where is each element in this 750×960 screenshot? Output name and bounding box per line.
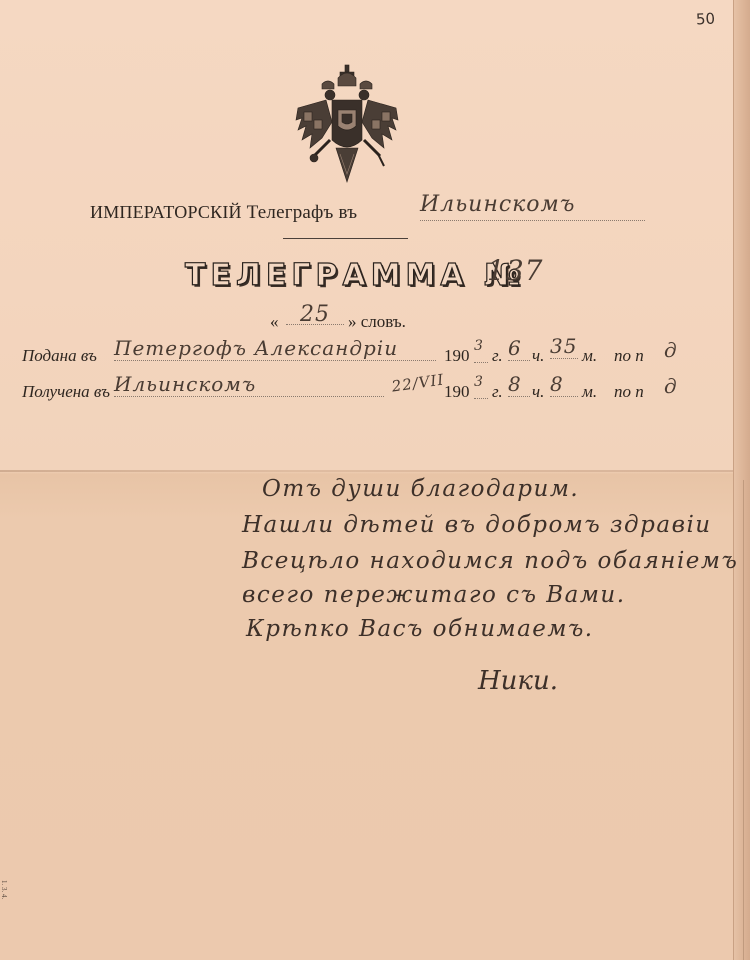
signature: Ники. — [478, 666, 558, 696]
hours-label: ч. — [532, 346, 544, 366]
open-quote: « — [270, 312, 279, 332]
message-line: Всецѣло находимся подъ обаяніемъ — [242, 548, 738, 574]
period-label: по п — [614, 382, 644, 402]
message-line: Отъ души благодарим. — [262, 476, 579, 502]
submitted-place: Петергофъ Александріи — [114, 336, 436, 361]
minutes-label: м. — [582, 346, 597, 366]
received-hours: 8 — [508, 372, 530, 397]
period-label: по п — [614, 346, 644, 366]
submitted-year-prefix: 190 — [444, 346, 470, 366]
received-year-prefix: 190 — [444, 382, 470, 402]
telegram-number: 137 — [487, 254, 543, 287]
submitted-minutes: 35 — [550, 334, 578, 359]
year-label: г. — [492, 346, 503, 366]
paper-edge — [733, 0, 750, 960]
hours-label: ч. — [532, 382, 544, 402]
telegram-title-row: ТЕЛЕГРАММА № 137 — [185, 258, 565, 298]
received-minutes: 8 — [550, 372, 578, 397]
message-line: всего пережитаго съ Вами. — [242, 582, 626, 608]
submitted-year-suffix: 3 — [474, 338, 488, 363]
archive-page-number: 50 — [696, 10, 716, 29]
received-year-suffix: 3 — [474, 374, 488, 399]
submitted-period-suffix: д — [664, 338, 678, 362]
header-place-handwritten: Ильинскомъ — [420, 192, 645, 221]
header-imperial: ИМПЕРАТОРСКІЙ — [90, 202, 242, 222]
year-label: г. — [492, 382, 503, 402]
submitted-row: Подана въ Петергофъ Александріи 190 3 г.… — [22, 338, 702, 368]
word-count-value: 25 — [286, 302, 344, 325]
submitted-hours: 6 — [508, 336, 530, 361]
message-line: Нашли дѣтей въ добромъ здравіи — [242, 512, 712, 538]
message-line: Крѣпко Васъ обнимаемъ. — [246, 616, 594, 642]
telegraph-header: ИМПЕРАТОРСКІЙ Телеграфъ въ Ильинскомъ — [90, 198, 650, 228]
paper-edge-line — [743, 480, 744, 960]
received-date: 22/VII — [391, 370, 447, 401]
telegram-title: ТЕЛЕГРАММА № — [185, 258, 525, 293]
received-label: Получена въ — [22, 382, 110, 402]
header-telegraph-in: Телеграфъ въ — [247, 202, 358, 223]
words-label: » словъ. — [348, 312, 406, 332]
paper-fold-line — [0, 470, 734, 472]
double-headed-eagle-icon — [292, 62, 402, 190]
archive-edge-marks: 1. 3. 4. — [2, 880, 8, 899]
received-place: Ильинскомъ — [114, 372, 384, 397]
submitted-label: Подана въ — [22, 346, 97, 366]
word-count-row: « 25 » словъ. — [270, 306, 470, 330]
minutes-label: м. — [582, 382, 597, 402]
header-divider — [283, 238, 408, 239]
received-row: Получена въ Ильинскомъ 22/VII 190 3 г. 8… — [22, 374, 702, 404]
received-period-suffix: д — [664, 374, 678, 398]
